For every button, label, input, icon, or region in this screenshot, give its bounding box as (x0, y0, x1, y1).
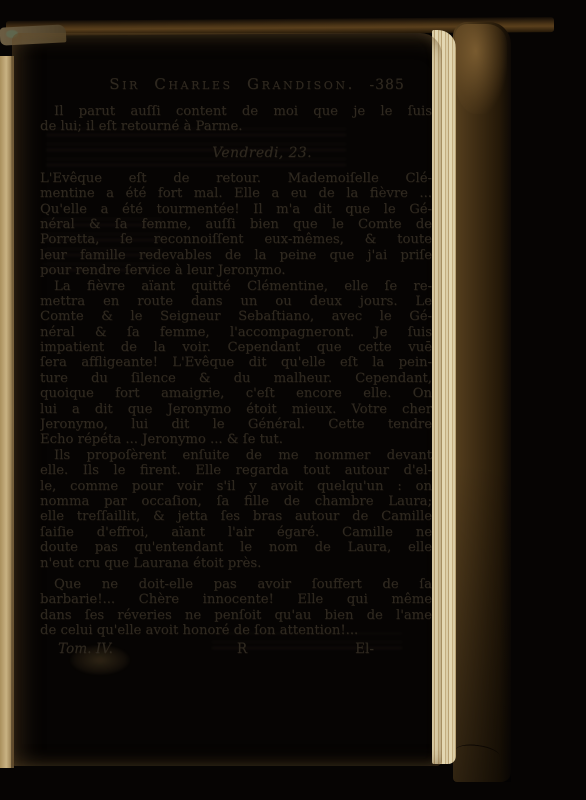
text-line: Il parut auſſi content de moi que je le … (40, 104, 432, 119)
text-line: mentine a été fort mal. Elle a eu de la … (40, 186, 432, 201)
paragraph: La fièvre aïant quitté Clémentine, elle … (40, 279, 432, 448)
text-line: pour rendre ſervice à leur Jeronymo. (40, 263, 432, 278)
running-header: Sir Charles Grandison. -385 (61, 75, 453, 93)
text-line: Ils propoſèrent enſuite de me nommer dev… (40, 448, 432, 463)
running-header-title: Sir Charles Grandison. (109, 75, 355, 93)
text-line: doute pas qu'entendant le nom de Laura, … (40, 540, 432, 555)
paragraph: Que ne doit-elle pas avoir ſouffert de ſ… (40, 577, 432, 639)
book-photo: Sir Charles Grandison. -385 Il parut auſ… (0, 0, 586, 800)
text-line: ſera affligeante! L'Evêque dit qu'elle e… (40, 355, 432, 370)
book-cover-right-board (453, 22, 511, 782)
paragraph: Ils propoſèrent enſuite de me nommer dev… (40, 448, 432, 571)
text-line: Jeronymo, lui dit le Général. Cette tend… (40, 417, 432, 432)
text-line: Comte & le Seigneur Sebaſtiano, avec le … (40, 309, 432, 324)
text-line: le, comme pour voir s'il y avoit quelqu'… (40, 479, 432, 494)
text-line: Porretta, ſe reconnoiſſent eux-mêmes, & … (40, 232, 432, 247)
book-page-scan: Sir Charles Grandison. -385 Il parut auſ… (12, 33, 442, 766)
text-line: ſaiſie d'effroi, aïant l'air égaré. Cami… (40, 525, 432, 540)
text-line: elle treſſaillit, & jetta ſes bras autou… (40, 509, 432, 524)
text-line: de celui qu'elle avoit honoré de ſon att… (40, 623, 432, 638)
text-line: Echo répéta ... Jeronymo ... & ſe tut. (40, 432, 432, 447)
catchword: El- (355, 641, 374, 657)
text-line: ture du ſilence & du malheur. Cependant, (40, 371, 432, 386)
page-footer: Tom. IV. R El- (40, 641, 432, 657)
text-line: Qu'elle a été tourmentée! Il m'a dit que… (40, 202, 432, 217)
text-line: elle. Ils le firent. Elle regarda tout a… (40, 463, 432, 478)
page-number: -385 (369, 77, 404, 93)
text-line: quoique fort amaigrie, c'eſt encore elle… (40, 386, 432, 401)
date-heading: Vendredi, 23. (66, 145, 458, 161)
paragraph: Il parut auſſi content de moi que je le … (40, 104, 432, 135)
volume-label: Tom. IV. (58, 641, 113, 657)
text-line: de lui; il eſt retourné à Parme. (40, 119, 432, 134)
page-text-block: Sir Charles Grandison. -385 Il parut auſ… (40, 75, 432, 657)
text-line: néral & ſa femme, auſſi bien que le Comt… (40, 217, 432, 232)
text-line: néral & ſa femme, l'accompagneront. Je ſ… (40, 325, 432, 340)
text-line: n'eut cru que Laurana étoit près. (40, 556, 432, 571)
text-line: impatient de la voir. Cependant que cett… (40, 340, 432, 355)
signature-mark: R (237, 641, 247, 657)
text-line: dans ſes réveries ne penſoit qu'au bien … (40, 608, 432, 623)
text-line: nomma par occaſion, ſa fille de chambre … (40, 494, 432, 509)
text-line: barbarie!... Chère innocente! Elle qui m… (40, 592, 432, 607)
text-line: mettra en route dans un ou deux jours. L… (40, 294, 432, 309)
text-line: L'Evêque eſt de retour. Mademoiſelle Clé… (40, 171, 432, 186)
paragraph: L'Evêque eſt de retour. Mademoiſelle Clé… (40, 171, 432, 279)
text-line: La fièvre aïant quitté Clémentine, elle … (40, 279, 432, 294)
text-line: Que ne doit-elle pas avoir ſouffert de ſ… (40, 577, 432, 592)
text-line: leur famille redevables de la peine que … (40, 248, 432, 263)
text-line: lui a dit que Jeronymo étoit mieux. Votr… (40, 402, 432, 417)
